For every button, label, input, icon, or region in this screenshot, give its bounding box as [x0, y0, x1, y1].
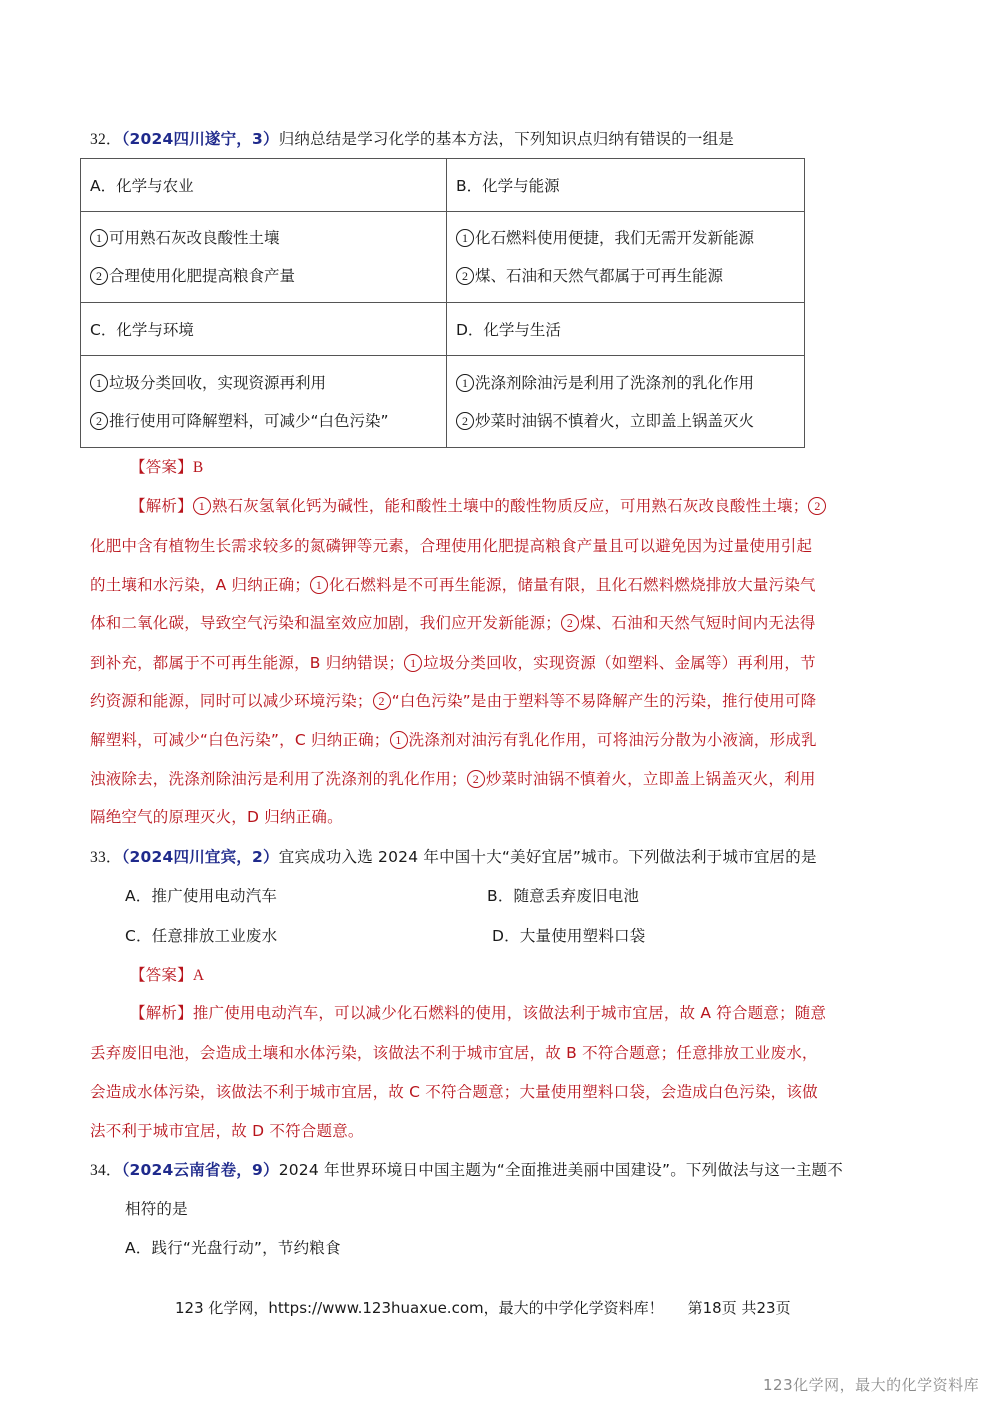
q32-answer: 【答案】B: [130, 456, 203, 479]
q32-stem: 32．（2024四川遂宁，3）归纳总结是学习化学的基本方法，下列知识点归纳有错误…: [90, 128, 734, 151]
analysis-label: 【解析】: [130, 497, 193, 515]
circled-1-icon: 1: [310, 576, 328, 594]
option-a-items: 1可用熟石灰改良酸性土壤 2合理使用化肥提高粮食产量: [81, 212, 447, 303]
question-source: （2024云南省卷，9）: [122, 1161, 279, 1179]
q33-option-b: B．随意丢弃废旧电池: [487, 885, 639, 907]
option-b-items: 1化石燃料使用便捷，我们无需开发新能源 2煤、石油和天然气都属于可再生能源: [447, 212, 805, 303]
circled-2-icon: 2: [808, 497, 826, 515]
question-text: 宜宾成功入选 2024 年中国十大“美好宜居”城市。下列做法利于城市宜居的是: [279, 848, 817, 866]
page-number: 第18页 共23页: [688, 1299, 791, 1317]
q33-answer: 【答案】A: [130, 964, 204, 987]
q34-stem-cont: 相符的是: [125, 1198, 188, 1220]
circled-2-icon: 2: [90, 412, 108, 430]
circled-1-icon: 1: [90, 374, 108, 392]
option-c-items: 1垃圾分类回收，实现资源再利用 2推行使用可降解塑料，可减少“白色污染”: [81, 356, 447, 448]
circled-2-icon: 2: [373, 692, 391, 710]
question-number: 32．: [90, 131, 122, 148]
circled-1-icon: 1: [456, 374, 474, 392]
watermark: 123化学网，最大的化学资料库: [763, 1374, 979, 1395]
question-text: 归纳总结是学习化学的基本方法，下列知识点归纳有错误的一组是: [279, 130, 734, 148]
q33-stem: 33．（2024四川宜宾，2）宜宾成功入选 2024 年中国十大“美好宜居”城市…: [90, 846, 817, 869]
q33-option-d: D．大量使用塑料口袋: [492, 925, 645, 947]
q32-options-table: A．化学与农业 B．化学与能源 1可用熟石灰改良酸性土壤 2合理使用化肥提高粮食…: [80, 158, 805, 448]
circled-2-icon: 2: [456, 267, 474, 285]
question-source: （2024四川宜宾，2）: [122, 848, 279, 866]
circled-1-icon: 1: [390, 731, 408, 749]
circled-2-icon: 2: [456, 412, 474, 430]
answer-value: A: [193, 967, 204, 984]
q34-stem: 34．（2024云南省卷，9）2024 年世界环境日中国主题为“全面推进美丽中国…: [90, 1159, 843, 1182]
circled-1-icon: 1: [193, 497, 211, 515]
circled-1-icon: 1: [404, 654, 422, 672]
option-d-title: D．化学与生活: [447, 303, 805, 356]
circled-1-icon: 1: [90, 229, 108, 247]
page-footer: 123 化学网，https://www.123huaxue.com，最大的中学化…: [175, 1297, 791, 1318]
option-a-title: A．化学与农业: [81, 159, 447, 212]
circled-2-icon: 2: [561, 614, 579, 632]
circled-2-icon: 2: [90, 267, 108, 285]
footer-site: 123 化学网，https://www.123huaxue.com，最大的中学化…: [175, 1299, 664, 1317]
circled-1-icon: 1: [456, 229, 474, 247]
question-text: 2024 年世界环境日中国主题为“全面推进美丽中国建设”。下列做法与这一主题不: [279, 1161, 843, 1179]
option-b-title: B．化学与能源: [447, 159, 805, 212]
answer-label: 【答案】: [130, 966, 193, 984]
q33-option-c: C．任意排放工业废水: [125, 925, 277, 947]
analysis-label: 【解析】: [130, 1004, 193, 1022]
circled-2-icon: 2: [467, 770, 485, 788]
q33-option-a: A．推广使用电动汽车: [125, 885, 277, 907]
option-c-title: C．化学与环境: [81, 303, 447, 356]
answer-value: B: [193, 459, 204, 476]
question-number: 34．: [90, 1162, 122, 1179]
answer-label: 【答案】: [130, 458, 193, 476]
question-number: 33．: [90, 849, 122, 866]
question-source: （2024四川遂宁，3）: [122, 130, 279, 148]
q34-option-a: A．践行“光盘行动”，节约粮食: [125, 1237, 341, 1259]
option-d-items: 1洗涤剂除油污是利用了洗涤剂的乳化作用 2炒菜时油锅不慎着火，立即盖上锅盖灭火: [447, 356, 805, 448]
